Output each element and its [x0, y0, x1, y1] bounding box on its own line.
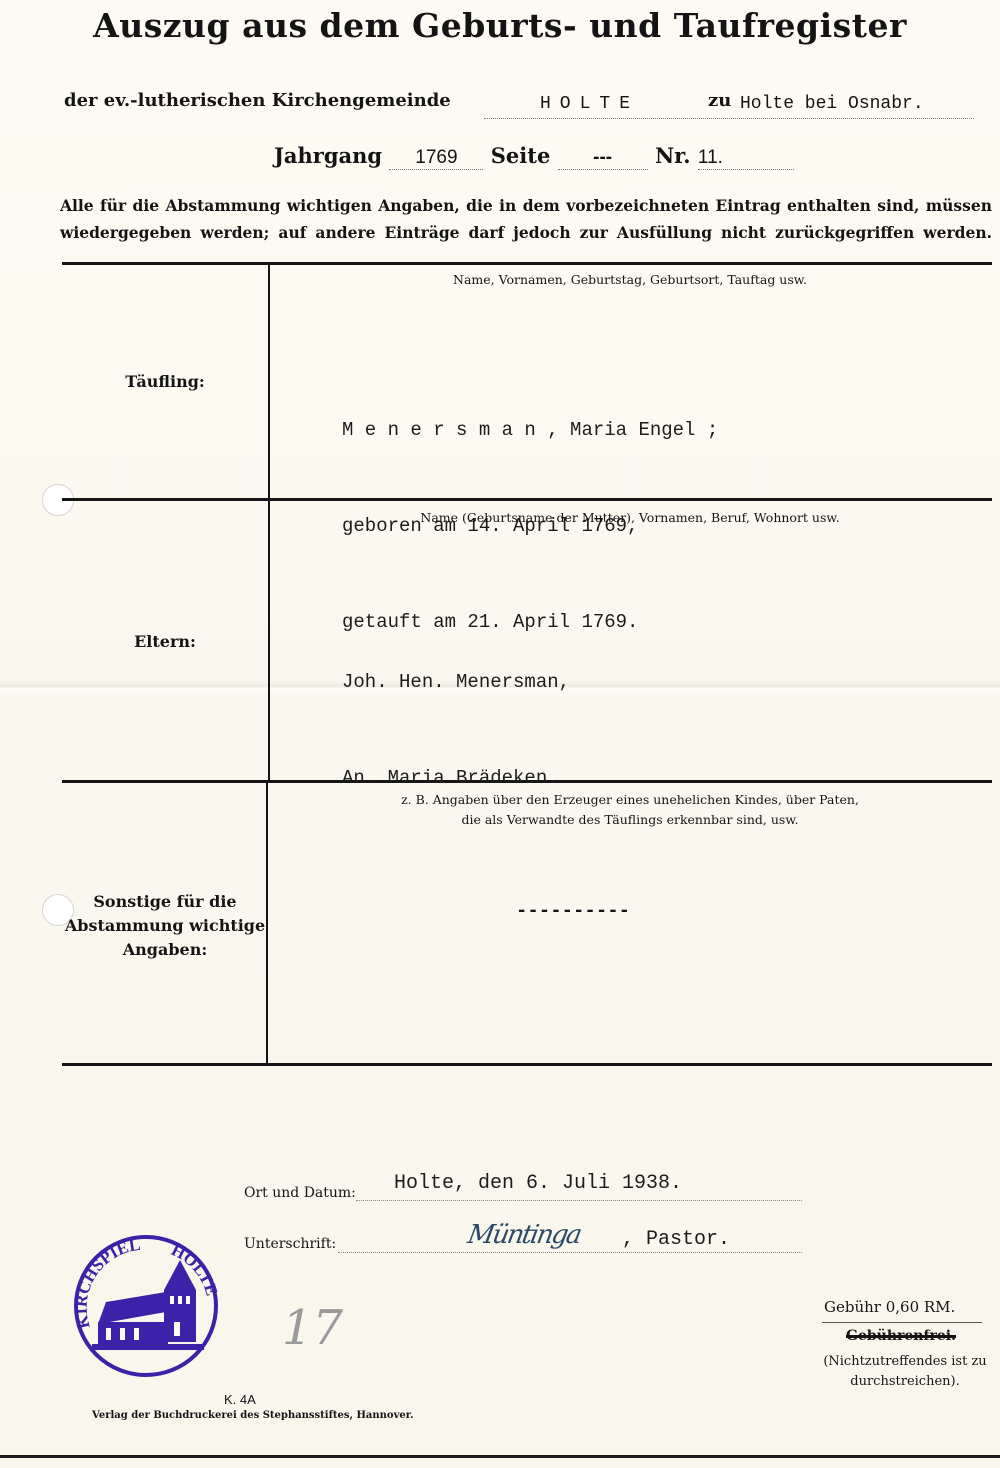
taeufling-label: Täufling: — [62, 370, 268, 394]
table-rule — [62, 262, 992, 265]
sonstige-label: Sonstige für die Abstammung wichtige Ang… — [62, 890, 268, 962]
signature: Müntinga — [465, 1220, 582, 1250]
sonstige-label-line: Sonstige für die — [62, 890, 268, 914]
fee-divider — [822, 1322, 982, 1323]
document-title: Auszug aus dem Geburts- und Taufregister — [0, 6, 1000, 45]
ort-datum-label: Ort und Datum: — [244, 1185, 356, 1201]
sonstige-hint-line: z. B. Angaben über den Erzeuger eines un… — [270, 790, 990, 810]
pencil-note: 17 — [282, 1300, 343, 1356]
taeufling-name: M e n e r s m a n , Maria Engel ; — [342, 414, 718, 446]
document-page: Auszug aus dem Geburts- und Taufregister… — [0, 0, 1000, 1468]
sonstige-value: ---------- — [516, 900, 630, 922]
zu-value: Holte bei Osnabr. — [740, 94, 924, 114]
congregation-value: HOLTE — [540, 94, 639, 114]
fee-note: (Nichtzutreffendes ist zu durchstreichen… — [812, 1352, 998, 1392]
eltern-label: Eltern: — [62, 630, 268, 654]
form-code: K. 4A — [224, 1392, 256, 1407]
congregation-label: der ev.-lutherischen Kirchengemeinde — [64, 90, 451, 111]
fee-amount: Gebühr 0,60 RM. — [824, 1298, 955, 1316]
father-name: Joh. Hen. Menersman, — [342, 666, 570, 698]
jahrgang-value: 1769 — [389, 147, 483, 170]
register-reference-row: Jahrgang 1769 Seite --- Nr. 11. — [274, 143, 794, 170]
eltern-hint: Name (Geburtsname der Mutter), Vornamen,… — [270, 508, 990, 528]
column-divider — [268, 501, 270, 780]
seite-label: Seite — [491, 143, 551, 168]
table-rule — [62, 1063, 992, 1066]
sonstige-label-line: Angaben: — [62, 938, 268, 962]
sonstige-hint: z. B. Angaben über den Erzeuger eines un… — [270, 790, 990, 830]
unterschrift-label: Unterschrift: — [244, 1236, 336, 1252]
column-divider — [268, 265, 270, 498]
church-seal-stamp: KIRCHSPIEL HOLTE — [70, 1232, 220, 1380]
seite-value: --- — [558, 147, 648, 170]
zu-label: zu — [708, 90, 731, 111]
publisher-imprint: Verlag der Buchdruckerei des Stephanssti… — [92, 1410, 414, 1421]
sonstige-label-line: Abstammung wichtige — [62, 914, 268, 938]
sonstige-hint-line: die als Verwandte des Täuflings erkennba… — [270, 810, 990, 830]
instructions: Alle für die Abstammung wichtigen Angabe… — [60, 192, 992, 246]
fee-exempt-struck: Gebührenfrei. — [846, 1328, 956, 1344]
ort-datum-value: Holte, den 6. Juli 1938. — [394, 1172, 682, 1195]
jahrgang-label: Jahrgang — [274, 143, 382, 168]
taeufling-hint: Name, Vornamen, Geburtstag, Geburtsort, … — [270, 270, 990, 290]
nr-label: Nr. — [655, 143, 691, 168]
nr-value: 11. — [698, 147, 794, 170]
unterschrift-suffix: , Pastor. — [622, 1228, 730, 1251]
page-edge — [0, 1455, 1000, 1458]
